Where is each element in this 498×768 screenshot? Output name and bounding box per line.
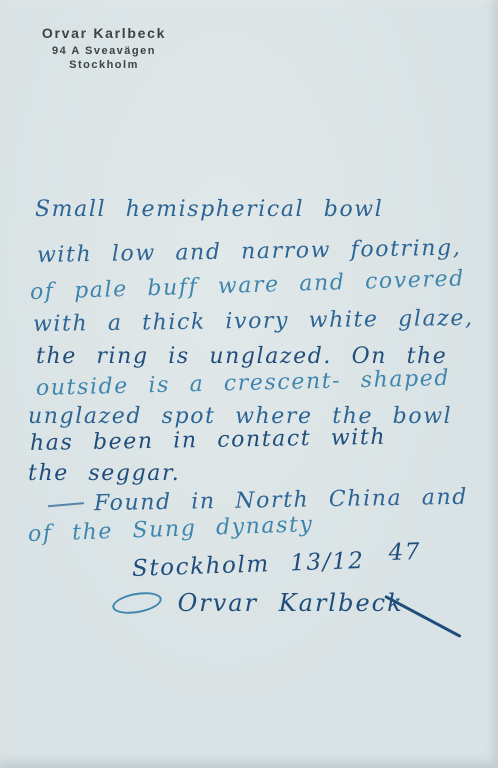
letterhead-name: Orvar Karlbeck: [28, 25, 180, 41]
date-year: 47: [388, 539, 421, 566]
signature: Orvar Karlbeck: [112, 589, 404, 617]
signature-loop-flourish: [111, 589, 164, 617]
note-line: of pale buff ware and covered: [30, 266, 466, 305]
letter-paper: Orvar Karlbeck 94 A Sveavägen Stockholm …: [0, 0, 498, 768]
note-line: with low and narrow footring,: [37, 236, 462, 268]
note-line: Small hemispherical bowl: [35, 197, 383, 222]
note-line: the seggar.: [28, 461, 180, 486]
note-line: unglazed spot where the bowl: [28, 404, 452, 429]
note-line: outside is a crescent- shaped: [36, 366, 451, 401]
date-value: 13/12: [290, 548, 365, 577]
note-line: Found in North China and: [48, 485, 468, 517]
note-line: has been in contact with: [30, 425, 387, 456]
letterhead-address-city: Stockholm: [28, 59, 180, 71]
note-line: of the Sung dynasty: [28, 512, 314, 547]
note-line: the ring is unglazed. On the: [36, 344, 447, 369]
letterhead: Orvar Karlbeck 94 A Sveavägen Stockholm: [28, 25, 180, 73]
date-place: Stockholm: [132, 551, 271, 582]
letterhead-address-street: 94 A Sveavägen: [28, 45, 180, 57]
note-line: with a thick ivory white glaze,: [33, 306, 474, 337]
date-line: Stockholm 13/12 47: [132, 546, 422, 582]
signature-name: Orvar Karlbeck: [178, 589, 404, 617]
